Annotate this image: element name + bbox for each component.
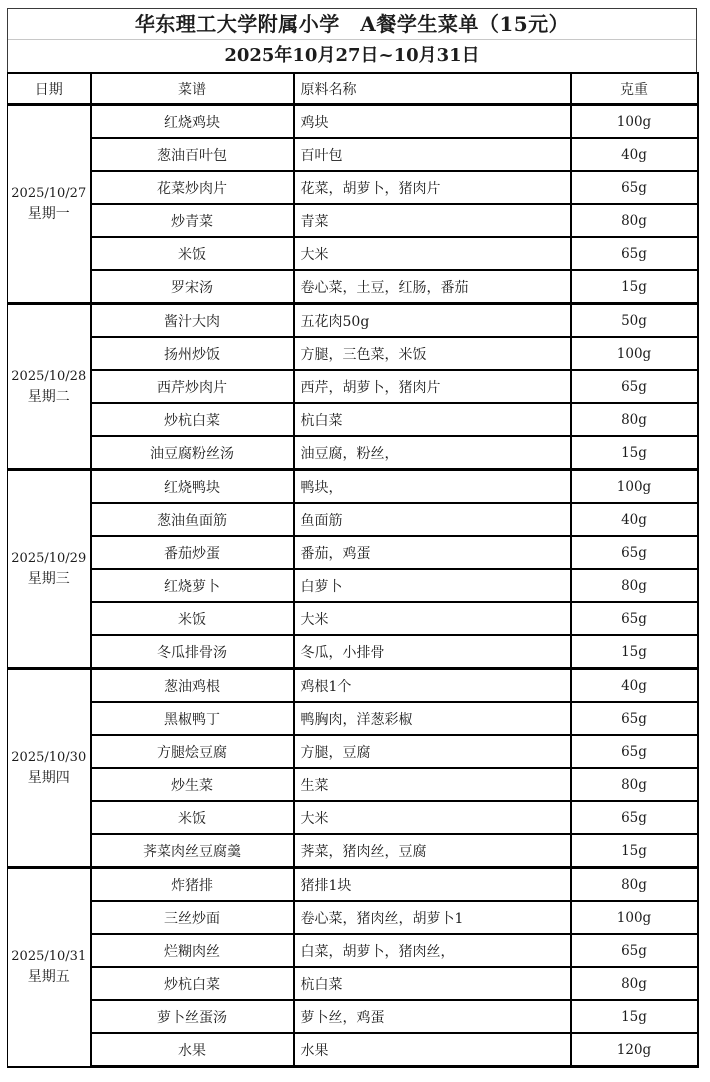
ingredients-cell: 方腿，三色菜，米饭	[294, 337, 571, 370]
weight-cell: 80g	[571, 403, 698, 436]
dish-cell: 米饭	[91, 602, 294, 635]
dish-cell: 花菜炒肉片	[91, 171, 294, 204]
menu-row: 米饭大米65g	[8, 801, 698, 834]
menu-row: 三丝炒面卷心菜，猪肉丝，胡萝卜1100g	[8, 901, 698, 934]
ingredients-cell: 白萝卜	[294, 569, 571, 602]
col-header-dish: 菜谱	[91, 73, 294, 105]
weight-cell: 65g	[571, 370, 698, 403]
col-header-weight: 克重	[571, 73, 698, 105]
ingredients-cell: 油豆腐，粉丝，	[294, 436, 571, 470]
menu-row: 水果水果120g	[8, 1033, 698, 1067]
weight-cell: 15g	[571, 635, 698, 669]
weight-cell: 65g	[571, 171, 698, 204]
weekday-text: 星期二	[8, 387, 90, 408]
weight-cell: 80g	[571, 868, 698, 902]
dish-cell: 炒生菜	[91, 768, 294, 801]
menu-row: 番茄炒蛋番茄，鸡蛋65g	[8, 536, 698, 569]
menu-row: 烂糊肉丝白菜，胡萝卜，猪肉丝，65g	[8, 934, 698, 967]
weight-cell: 15g	[571, 270, 698, 304]
dish-cell: 罗宋汤	[91, 270, 294, 304]
weight-cell: 100g	[571, 337, 698, 370]
page-title: 华东理工大学附属小学 A餐学生菜单（15元）	[8, 9, 696, 40]
ingredients-cell: 大米	[294, 602, 571, 635]
dish-cell: 扬州炒饭	[91, 337, 294, 370]
menu-row: 米饭大米65g	[8, 237, 698, 270]
menu-row: 萝卜丝蛋汤萝卜丝，鸡蛋15g	[8, 1000, 698, 1033]
dish-cell: 萝卜丝蛋汤	[91, 1000, 294, 1033]
title-box: 华东理工大学附属小学 A餐学生菜单（15元） 2025年10月27日~10月31…	[7, 8, 697, 72]
weight-cell: 65g	[571, 602, 698, 635]
dish-cell: 米饭	[91, 801, 294, 834]
dish-cell: 番茄炒蛋	[91, 536, 294, 569]
weight-cell: 65g	[571, 536, 698, 569]
dish-cell: 油豆腐粉丝汤	[91, 436, 294, 470]
weight-cell: 80g	[571, 569, 698, 602]
ingredients-cell: 萝卜丝，鸡蛋	[294, 1000, 571, 1033]
dish-cell: 方腿烩豆腐	[91, 735, 294, 768]
dish-cell: 水果	[91, 1033, 294, 1067]
menu-row: 2025/10/27星期一红烧鸡块鸡块100g	[8, 105, 698, 139]
menu-row: 葱油百叶包百叶包40g	[8, 138, 698, 171]
dish-cell: 冬瓜排骨汤	[91, 635, 294, 669]
dish-cell: 炒杭白菜	[91, 403, 294, 436]
menu-row: 扬州炒饭方腿，三色菜，米饭100g	[8, 337, 698, 370]
menu-row: 红烧萝卜白萝卜80g	[8, 569, 698, 602]
weight-cell: 100g	[571, 901, 698, 934]
dish-cell: 荠菜肉丝豆腐羹	[91, 834, 294, 868]
dish-cell: 葱油百叶包	[91, 138, 294, 171]
menu-row: 西芹炒肉片西芹，胡萝卜，猪肉片65g	[8, 370, 698, 403]
ingredients-cell: 鸡根1个	[294, 669, 571, 703]
ingredients-cell: 番茄，鸡蛋	[294, 536, 571, 569]
ingredients-cell: 青菜	[294, 204, 571, 237]
menu-row: 方腿烩豆腐方腿，豆腐65g	[8, 735, 698, 768]
weight-cell: 40g	[571, 503, 698, 536]
menu-row: 炒杭白菜杭白菜80g	[8, 403, 698, 436]
weight-cell: 15g	[571, 436, 698, 470]
menu-sheet: 华东理工大学附属小学 A餐学生菜单（15元） 2025年10月27日~10月31…	[7, 8, 697, 1068]
menu-row: 荠菜肉丝豆腐羹荠菜，猪肉丝，豆腐15g	[8, 834, 698, 868]
date-cell: 2025/10/31星期五	[8, 868, 91, 1067]
menu-row: 2025/10/30星期四葱油鸡根鸡根1个40g	[8, 669, 698, 703]
ingredients-cell: 卷心菜，猪肉丝，胡萝卜1	[294, 901, 571, 934]
weight-cell: 80g	[571, 967, 698, 1000]
dish-cell: 红烧鸭块	[91, 470, 294, 504]
dish-cell: 炸猪排	[91, 868, 294, 902]
weight-cell: 65g	[571, 735, 698, 768]
ingredients-cell: 五花肉50g	[294, 304, 571, 338]
weight-cell: 40g	[571, 138, 698, 171]
dish-cell: 西芹炒肉片	[91, 370, 294, 403]
weight-cell: 120g	[571, 1033, 698, 1067]
weight-cell: 65g	[571, 237, 698, 270]
date-cell: 2025/10/29星期三	[8, 470, 91, 669]
menu-row: 2025/10/28星期二酱汁大肉五花肉50g50g	[8, 304, 698, 338]
date-cell: 2025/10/30星期四	[8, 669, 91, 868]
date-text: 2025/10/31	[8, 946, 90, 967]
ingredients-cell: 冬瓜，小排骨	[294, 635, 571, 669]
ingredients-cell: 杭白菜	[294, 403, 571, 436]
menu-row: 炒青菜青菜80g	[8, 204, 698, 237]
weekday-text: 星期三	[8, 569, 90, 590]
date-cell: 2025/10/27星期一	[8, 105, 91, 304]
dish-cell: 黑椒鸭丁	[91, 702, 294, 735]
weight-cell: 65g	[571, 801, 698, 834]
dish-cell: 酱汁大肉	[91, 304, 294, 338]
weight-cell: 80g	[571, 768, 698, 801]
dish-cell: 红烧鸡块	[91, 105, 294, 139]
weekday-text: 星期四	[8, 768, 90, 789]
ingredients-cell: 卷心菜，土豆，红肠，番茄	[294, 270, 571, 304]
weight-cell: 65g	[571, 702, 698, 735]
ingredients-cell: 鸡块	[294, 105, 571, 139]
ingredients-cell: 水果	[294, 1033, 571, 1067]
ingredients-cell: 猪排1块	[294, 868, 571, 902]
menu-row: 葱油鱼面筋鱼面筋40g	[8, 503, 698, 536]
menu-row: 油豆腐粉丝汤油豆腐，粉丝，15g	[8, 436, 698, 470]
ingredients-cell: 大米	[294, 801, 571, 834]
date-cell: 2025/10/28星期二	[8, 304, 91, 470]
date-text: 2025/10/30	[8, 747, 90, 768]
weight-cell: 80g	[571, 204, 698, 237]
ingredients-cell: 鱼面筋	[294, 503, 571, 536]
menu-row: 花菜炒肉片花菜，胡萝卜，猪肉片65g	[8, 171, 698, 204]
dish-cell: 葱油鸡根	[91, 669, 294, 703]
weight-cell: 100g	[571, 470, 698, 504]
menu-row: 2025/10/31星期五炸猪排猪排1块80g	[8, 868, 698, 902]
dish-cell: 红烧萝卜	[91, 569, 294, 602]
menu-row: 罗宋汤卷心菜，土豆，红肠，番茄15g	[8, 270, 698, 304]
ingredients-cell: 荠菜，猪肉丝，豆腐	[294, 834, 571, 868]
ingredients-cell: 方腿，豆腐	[294, 735, 571, 768]
weekday-text: 星期一	[8, 204, 90, 225]
menu-row: 炒生菜生菜80g	[8, 768, 698, 801]
date-range: 2025年10月27日~10月31日	[8, 40, 696, 72]
ingredients-cell: 百叶包	[294, 138, 571, 171]
menu-table: 日期 菜谱 原料名称 克重 2025/10/27星期一红烧鸡块鸡块100g葱油百…	[7, 72, 699, 1068]
menu-row: 冬瓜排骨汤冬瓜，小排骨15g	[8, 635, 698, 669]
dish-cell: 炒杭白菜	[91, 967, 294, 1000]
col-header-date: 日期	[8, 73, 91, 105]
weight-cell: 50g	[571, 304, 698, 338]
dish-cell: 炒青菜	[91, 204, 294, 237]
ingredients-cell: 花菜，胡萝卜，猪肉片	[294, 171, 571, 204]
ingredients-cell: 白菜，胡萝卜，猪肉丝，	[294, 934, 571, 967]
menu-row: 2025/10/29星期三红烧鸭块鸭块，100g	[8, 470, 698, 504]
ingredients-cell: 西芹，胡萝卜，猪肉片	[294, 370, 571, 403]
weight-cell: 100g	[571, 105, 698, 139]
ingredients-cell: 杭白菜	[294, 967, 571, 1000]
date-text: 2025/10/28	[8, 366, 90, 387]
date-text: 2025/10/29	[8, 548, 90, 569]
col-header-ingredients: 原料名称	[294, 73, 571, 105]
dish-cell: 葱油鱼面筋	[91, 503, 294, 536]
weight-cell: 15g	[571, 834, 698, 868]
dish-cell: 米饭	[91, 237, 294, 270]
weight-cell: 65g	[571, 934, 698, 967]
ingredients-cell: 生菜	[294, 768, 571, 801]
menu-row: 黑椒鸭丁鸭胸肉，洋葱彩椒65g	[8, 702, 698, 735]
menu-row: 炒杭白菜杭白菜80g	[8, 967, 698, 1000]
ingredients-cell: 鸭块，	[294, 470, 571, 504]
ingredients-cell: 鸭胸肉，洋葱彩椒	[294, 702, 571, 735]
header-row: 日期 菜谱 原料名称 克重	[8, 73, 698, 105]
weekday-text: 星期五	[8, 967, 90, 988]
weight-cell: 40g	[571, 669, 698, 703]
dish-cell: 烂糊肉丝	[91, 934, 294, 967]
weight-cell: 15g	[571, 1000, 698, 1033]
date-text: 2025/10/27	[8, 183, 90, 204]
ingredients-cell: 大米	[294, 237, 571, 270]
dish-cell: 三丝炒面	[91, 901, 294, 934]
menu-row: 米饭大米65g	[8, 602, 698, 635]
